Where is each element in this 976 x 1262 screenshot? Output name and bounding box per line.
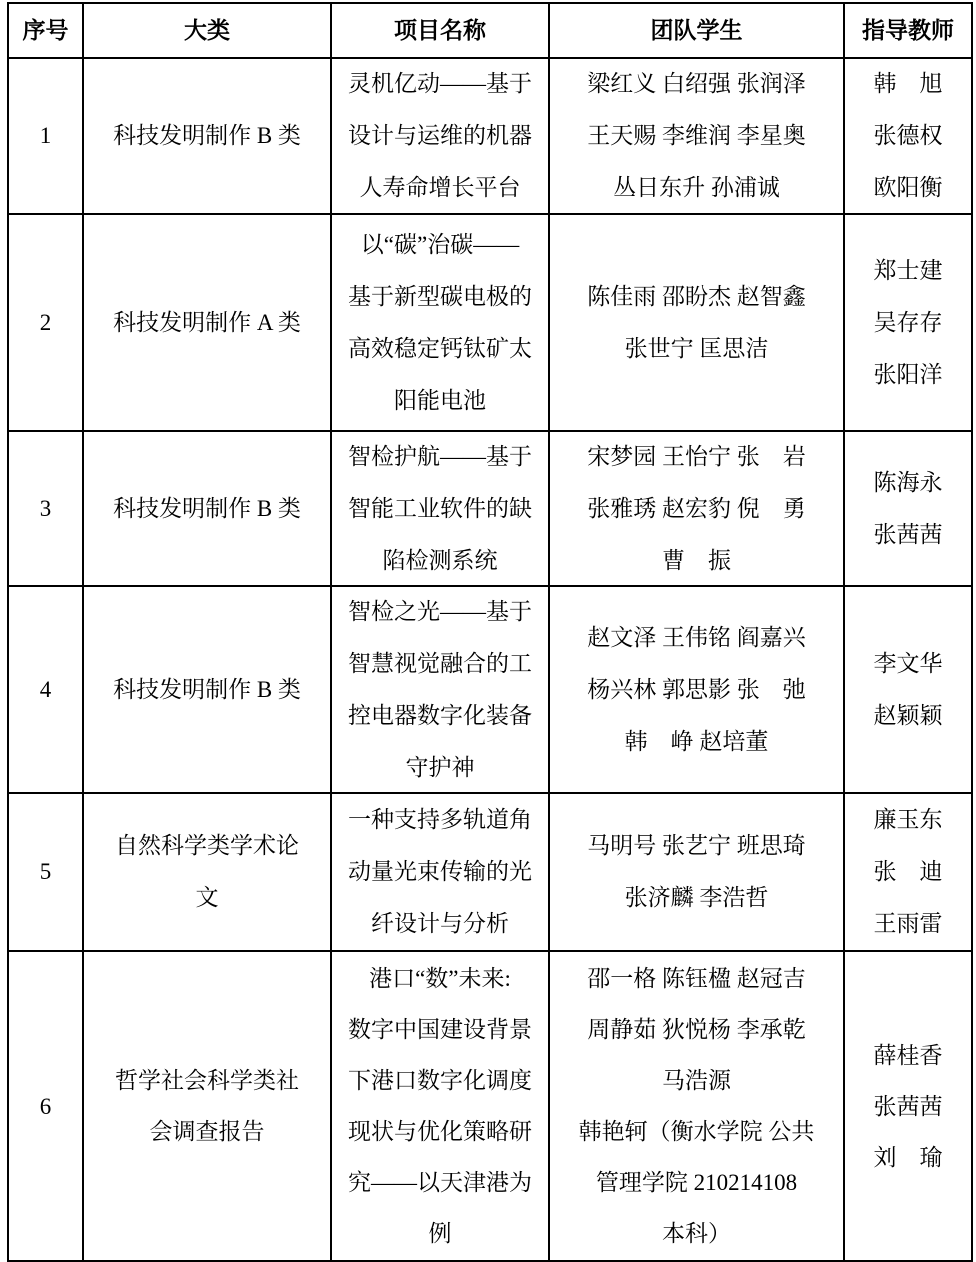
students-cell: 赵文泽 王伟铭 阎嘉兴 杨兴林 郭思影 张 弛 韩 峥 赵培董 — [550, 587, 845, 794]
students-cell: 梁红义 白绍强 张润泽 王天赐 李维润 李星奥 丛日东升 孙浦诚 — [550, 59, 845, 215]
students-cell: 马明号 张艺宁 班思琦 张济麟 李浩哲 — [550, 794, 845, 952]
category-cell: 科技发明制作 A 类 — [84, 215, 332, 432]
header-cell-no: 序号 — [9, 4, 84, 59]
teachers-cell: 韩 旭 张德权 欧阳衡 — [845, 59, 971, 215]
awards-table: 序号 大类 项目名称 团队学生 指导教师 1 科技发明制作 B 类 灵机亿动——… — [7, 2, 973, 1262]
row-number-cell: 6 — [9, 952, 84, 1260]
row-number-cell: 1 — [9, 59, 84, 215]
students-cell: 宋梦园 王怡宁 张 岩 张雅琇 赵宏豹 倪 勇 曹 振 — [550, 432, 845, 587]
teachers-cell: 廉玉东 张 迪 王雨雷 — [845, 794, 971, 952]
teachers-cell: 李文华 赵颖颖 — [845, 587, 971, 794]
teachers-cell: 郑士建 吴存存 张阳洋 — [845, 215, 971, 432]
project-name-cell: 港口“数”未来: 数字中国建设背景 下港口数字化调度 现状与优化策略研 究——以… — [332, 952, 550, 1260]
row-number-cell: 3 — [9, 432, 84, 587]
row-number-cell: 2 — [9, 215, 84, 432]
row-number-cell: 5 — [9, 794, 84, 952]
teachers-cell: 陈海永 张茜茜 — [845, 432, 971, 587]
teachers-cell: 薛桂香 张茜茜 刘 瑜 — [845, 952, 971, 1260]
project-name-cell: 一种支持多轨道角 动量光束传输的光 纤设计与分析 — [332, 794, 550, 952]
header-cell-category: 大类 — [84, 4, 332, 59]
project-name-cell: 灵机亿动——基于 设计与运维的机器 人寿命增长平台 — [332, 59, 550, 215]
row-number-cell: 4 — [9, 587, 84, 794]
project-name-cell: 智检之光——基于 智慧视觉融合的工 控电器数字化装备 守护神 — [332, 587, 550, 794]
header-cell-teachers: 指导教师 — [845, 4, 971, 59]
category-cell: 哲学社会科学类社 会调查报告 — [84, 952, 332, 1260]
category-cell: 科技发明制作 B 类 — [84, 59, 332, 215]
project-name-cell: 智检护航——基于 智能工业软件的缺 陷检测系统 — [332, 432, 550, 587]
students-cell: 陈佳雨 邵盼杰 赵智鑫 张世宁 匡思洁 — [550, 215, 845, 432]
students-cell: 邵一格 陈钰楹 赵冠吉 周静茹 狄悦杨 李承乾 马浩源 韩艳轲（衡水学院 公共 … — [550, 952, 845, 1260]
category-cell: 科技发明制作 B 类 — [84, 587, 332, 794]
category-cell: 科技发明制作 B 类 — [84, 432, 332, 587]
header-cell-project: 项目名称 — [332, 4, 550, 59]
header-cell-students: 团队学生 — [550, 4, 845, 59]
project-name-cell: 以“碳”治碳—— 基于新型碳电极的 高效稳定钙钛矿太 阳能电池 — [332, 215, 550, 432]
category-cell: 自然科学类学术论 文 — [84, 794, 332, 952]
